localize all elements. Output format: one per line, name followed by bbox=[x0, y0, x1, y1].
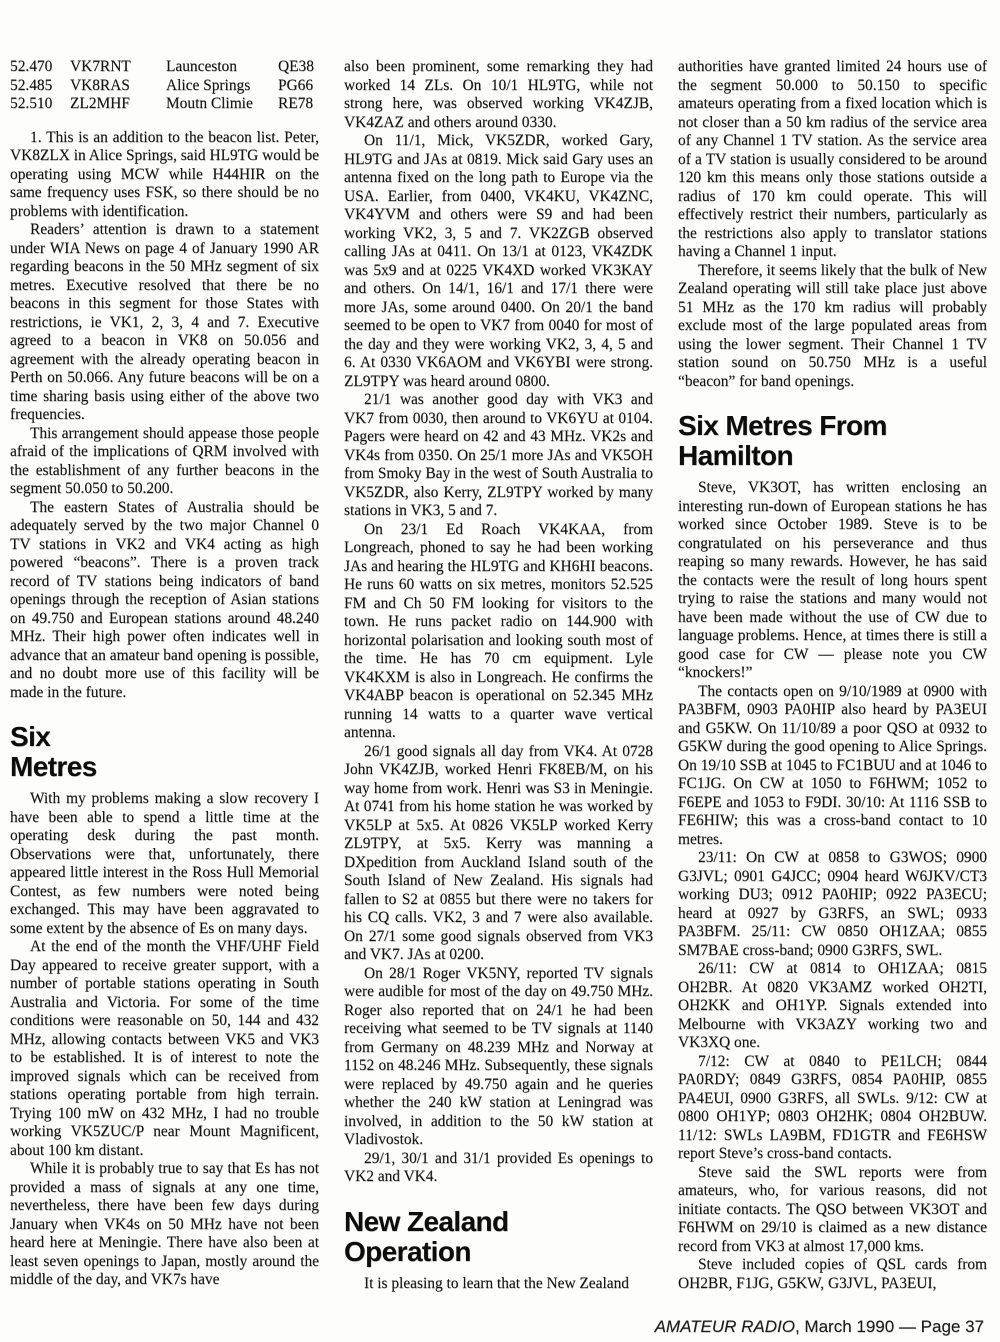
beacon-row: 52.470VK7RNTLauncestonQE38 bbox=[10, 58, 319, 77]
beacon-list-table: 52.470VK7RNTLauncestonQE3852.485VK8RASAl… bbox=[10, 58, 319, 114]
paragraph: 26/1 good signals all day from VK4. At 0… bbox=[344, 743, 653, 965]
paragraph: This arrangement should appease those pe… bbox=[10, 425, 319, 499]
paragraph: also been prominent, some remarking they… bbox=[344, 58, 653, 132]
column-3: authorities have granted limited 24 hour… bbox=[678, 58, 987, 1293]
paragraph: On 23/1 Ed Roach VK4KAA, from Longreach,… bbox=[344, 521, 653, 743]
paragraph: It is pleasing to learn that the New Zea… bbox=[344, 1275, 653, 1294]
paragraph: 23/11: On CW at 0858 to G3WOS; 0900 G3JV… bbox=[678, 849, 987, 960]
section-heading: New ZealandOperation bbox=[344, 1207, 653, 1267]
paragraph: 7/12: CW at 0840 to PE1LCH; 0844 PA0RDY;… bbox=[678, 1053, 987, 1164]
page-footer: AMATEUR RADIO, March 1990 — Page 37 bbox=[655, 1317, 984, 1337]
section-heading: Six Metres FromHamilton bbox=[678, 411, 987, 471]
paragraph: 1. This is an addition to the beacon lis… bbox=[10, 129, 319, 222]
paragraph: Readers’ attention is drawn to a stateme… bbox=[10, 221, 319, 425]
paragraph: Steve said the SWL reports were from ama… bbox=[678, 1164, 987, 1257]
paragraph: authorities have granted limited 24 hour… bbox=[678, 58, 987, 262]
column-1: 52.470VK7RNTLauncestonQE3852.485VK8RASAl… bbox=[10, 58, 319, 1293]
beacon-location: Moutn Climie bbox=[166, 95, 278, 114]
paragraph: While it is probably true to say that Es… bbox=[10, 1160, 319, 1290]
paragraph: Steve, VK3OT, has written enclosing an i… bbox=[678, 479, 987, 683]
paragraph: With my problems making a slow recovery … bbox=[10, 790, 319, 938]
beacon-row: 52.485VK8RASAlice SpringsPG66 bbox=[10, 77, 319, 96]
paragraph: 21/1 was another good day with VK3 and V… bbox=[344, 391, 653, 521]
paragraph: Steve included copies of QSL cards from … bbox=[678, 1256, 987, 1293]
paragraph: On 11/1, Mick, VK5ZDR, worked Gary, HL9T… bbox=[344, 132, 653, 391]
beacon-grid: PG66 bbox=[278, 77, 319, 96]
paragraph: On 28/1 Roger VK5NY, reported TV signals… bbox=[344, 965, 653, 1150]
paragraph: The eastern States of Australia should b… bbox=[10, 499, 319, 703]
paragraph: Therefore, it seems likely that the bulk… bbox=[678, 262, 987, 392]
beacon-location: Launceston bbox=[166, 58, 278, 77]
beacon-frequency: 52.510 bbox=[10, 95, 70, 114]
beacon-callsign: VK8RAS bbox=[70, 77, 166, 96]
beacon-location: Alice Springs bbox=[166, 77, 278, 96]
footer-issue-page: , March 1990 — Page 37 bbox=[795, 1317, 984, 1336]
paragraph: 29/1, 30/1 and 31/1 provided Es openings… bbox=[344, 1150, 653, 1187]
columns: 52.470VK7RNTLauncestonQE3852.485VK8RASAl… bbox=[0, 0, 1000, 1293]
column-2: also been prominent, some remarking they… bbox=[344, 58, 653, 1293]
beacon-frequency: 52.485 bbox=[10, 77, 70, 96]
beacon-grid: QE38 bbox=[278, 58, 319, 77]
section-heading: SixMetres bbox=[10, 722, 319, 782]
beacon-callsign: VK7RNT bbox=[70, 58, 166, 77]
beacon-row: 52.510ZL2MHFMoutn ClimieRE78 bbox=[10, 95, 319, 114]
beacon-callsign: ZL2MHF bbox=[70, 95, 166, 114]
beacon-grid: RE78 bbox=[278, 95, 319, 114]
magazine-name: AMATEUR RADIO bbox=[655, 1317, 795, 1336]
paragraph: 26/11: CW at 0814 to OH1ZAA; 0815 OH2BR.… bbox=[678, 960, 987, 1053]
beacon-frequency: 52.470 bbox=[10, 58, 70, 77]
paragraph: At the end of the month the VHF/UHF Fiel… bbox=[10, 938, 319, 1160]
magazine-page: 52.470VK7RNTLauncestonQE3852.485VK8RASAl… bbox=[0, 0, 1000, 1342]
paragraph: The contacts open on 9/10/1989 at 0900 w… bbox=[678, 683, 987, 850]
